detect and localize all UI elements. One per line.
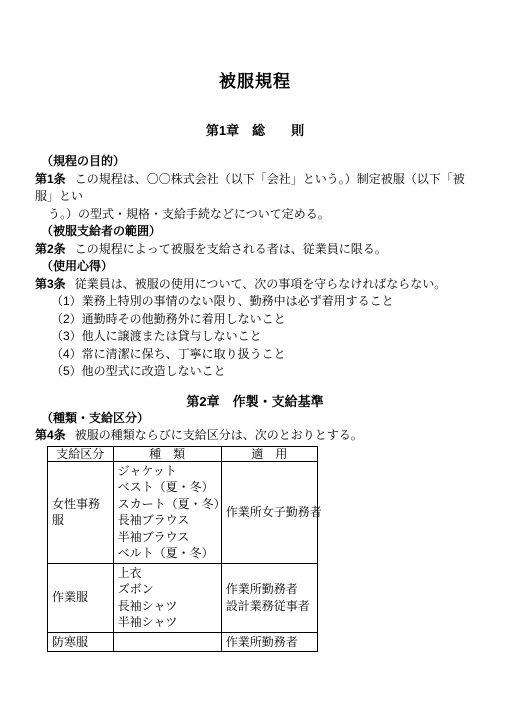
types-cell: ジャケット ベスト（夏・冬） スカート（夏・冬） 長袖ブラウス 半袖ブラウス ベ… (113, 461, 221, 563)
column-header-type: 種 類 (113, 446, 221, 461)
category-cell: 防寒服 (48, 632, 114, 652)
article-3-number: 第3条 (35, 277, 66, 291)
document-title: 被服規程 (35, 72, 475, 92)
type-line: ベスト（夏・冬） (118, 479, 217, 496)
type-line: 長袖ブラウス (118, 512, 217, 529)
section-label-scope: （被服支給者の範囲） (41, 223, 475, 241)
list-item: （4）常に清潔に保ち、丁寧に取り扱うこと (51, 346, 475, 364)
type-line: 長袖シャツ (118, 598, 217, 615)
type-line: ジャケット (118, 463, 217, 480)
types-cell (113, 632, 221, 652)
type-line: ズボン (118, 581, 217, 598)
article-3-line: 第3条従業員は、被服の使用について、次の事項を守らなければならない。 (35, 276, 475, 294)
section-label-usage: （使用心得） (41, 258, 475, 276)
category-cell: 作業服 (48, 563, 114, 632)
type-line: ベルト（夏・冬） (118, 545, 217, 562)
application-cell: 作業所勤務者 設計業務従事者 (221, 563, 317, 632)
article-1: 第1条この規程は、〇〇株式会社（以下「会社」という。）制定被服（以下「被服」とい… (35, 171, 475, 224)
article-1-line-2: う。）の型式・規格・支給手続などについて定める。 (48, 206, 475, 224)
article-4-number: 第4条 (35, 428, 66, 442)
article-2-text: この規程によって被服を支給される者は、従業員に限る。 (75, 242, 387, 256)
category-cell: 女性事務服 (48, 461, 114, 563)
table-row: 作業服 上衣 ズボン 長袖シャツ 半袖シャツ 作業所勤務者 設計業務従事者 (48, 563, 318, 632)
list-item: （2）通勤時その他勤務外に着用しないこと (51, 311, 475, 329)
section-label-purpose: （規程の目的） (41, 153, 475, 171)
supply-classification-table: 支給区分 種 類 適 用 女性事務服 ジャケット ベスト（夏・冬） スカート（夏… (47, 446, 318, 653)
application-line: 設計業務従事者 (226, 598, 313, 615)
article-4: 第4条被服の種類ならびに支給区分は、次のとおりとする。 (35, 427, 475, 445)
article-1-line-1: 第1条この規程は、〇〇株式会社（以下「会社」という。）制定被服（以下「被服」とい (35, 171, 475, 206)
application-line: 作業所勤務者 (226, 581, 313, 598)
list-item: （5）他の型式に改造しないこと (51, 363, 475, 381)
chapter-2-heading: 第2章 作製・支給基準 (35, 393, 475, 410)
chapter-1-heading: 第1章 総 則 (35, 122, 475, 139)
article-1-text: この規程は、〇〇株式会社（以下「会社」という。）制定被服（以下「被服」とい (35, 172, 465, 204)
column-header-application: 適 用 (221, 446, 317, 461)
application-cell: 作業所女子勤務者 (221, 461, 317, 563)
article-2-number: 第2条 (35, 242, 66, 256)
column-header-category: 支給区分 (48, 446, 114, 461)
type-line: スカート（夏・冬） (118, 496, 217, 513)
application-line: 作業所女子勤務者 (226, 504, 313, 521)
article-2: 第2条この規程によって被服を支給される者は、従業員に限る。 (35, 241, 475, 259)
application-cell: 作業所勤務者 (221, 632, 317, 652)
article-3-text: 従業員は、被服の使用について、次の事項を守らなければならない。 (75, 277, 447, 291)
list-item: （1）業務上特別の事情のない限り、勤務中は必ず着用すること (51, 293, 475, 311)
table-row: 防寒服 作業所勤務者 (48, 632, 318, 652)
article-4-line: 第4条被服の種類ならびに支給区分は、次のとおりとする。 (35, 427, 475, 445)
type-line: 半袖シャツ (118, 614, 217, 631)
list-item: （3）他人に譲渡または貸与しないこと (51, 328, 475, 346)
type-line: 上衣 (118, 565, 217, 582)
type-line: 半袖ブラウス (118, 529, 217, 546)
table-header-row: 支給区分 種 類 適 用 (48, 446, 318, 461)
types-cell: 上衣 ズボン 長袖シャツ 半袖シャツ (113, 563, 221, 632)
document-page: 被服規程 第1章 総 則 （規程の目的） 第1条この規程は、〇〇株式会社（以下「… (0, 0, 508, 702)
article-1-number: 第1条 (35, 172, 66, 186)
table-row: 女性事務服 ジャケット ベスト（夏・冬） スカート（夏・冬） 長袖ブラウス 半袖… (48, 461, 318, 563)
article-4-text: 被服の種類ならびに支給区分は、次のとおりとする。 (75, 428, 363, 442)
article-2-line: 第2条この規程によって被服を支給される者は、従業員に限る。 (35, 241, 475, 259)
section-label-category: （種類・支給区分） (41, 410, 475, 428)
application-line: 作業所勤務者 (226, 634, 313, 651)
article-3: 第3条従業員は、被服の使用について、次の事項を守らなければならない。 （1）業務… (35, 276, 475, 381)
